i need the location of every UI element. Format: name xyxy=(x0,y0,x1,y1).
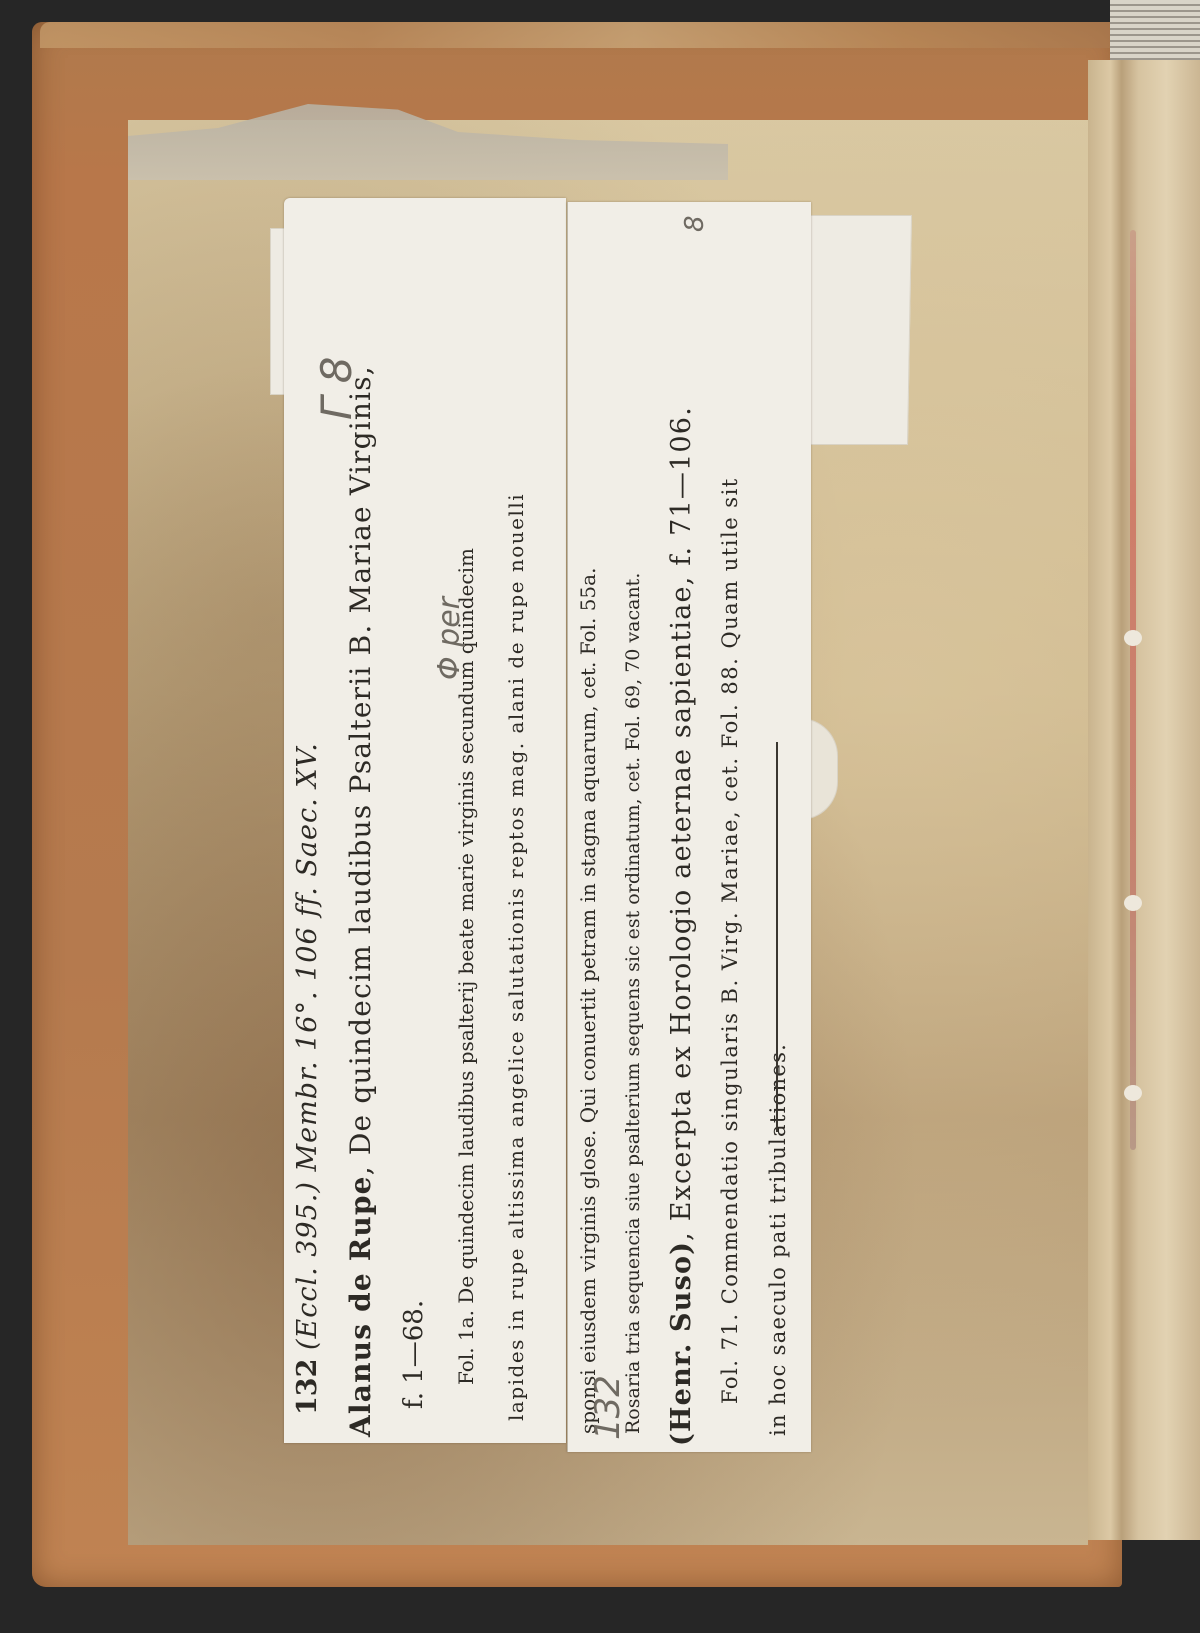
pencil-note-oper: Φ per xyxy=(432,597,467,680)
author: (Henr. Suso) xyxy=(666,1241,697,1446)
headband xyxy=(1110,0,1200,60)
pencil-correction: 8 xyxy=(680,215,710,232)
folio-range: f. 1—68. xyxy=(399,1300,429,1409)
sewing-knot xyxy=(1124,895,1142,911)
spine-gutter xyxy=(1088,60,1200,1540)
label-line-1: 132 (Eccl. 395.) Membr. 16°. 106 ff. Sae… xyxy=(292,742,323,1415)
shelfmark: 132 xyxy=(292,1359,323,1415)
label-line-4: Fol. 71. Commendatio singularis B. Virg.… xyxy=(718,477,742,1404)
sewing-thread xyxy=(1130,230,1136,1150)
sewing-knot xyxy=(1124,1085,1142,1101)
description: (Eccl. 395.) Membr. 16°. 106 ff. Saec. X… xyxy=(292,742,323,1350)
label-line-2: Rosaria tria sequencia siue psalterium s… xyxy=(622,573,644,1434)
work-title: , De quindecim laudibus Psalterii B. Mar… xyxy=(344,365,377,1175)
label-line-3: (Henr. Suso), Excerpta ex Horologio aete… xyxy=(666,406,697,1446)
label-line-1: sponsi eiusdem virginis glose. Qui conue… xyxy=(576,568,600,1434)
catalog-label-right: sponsi eiusdem virginis glose. Qui conue… xyxy=(567,202,811,1452)
printed-rule xyxy=(776,742,778,1132)
sewing-knot xyxy=(1124,630,1142,646)
cover-worn-edge xyxy=(40,22,1120,48)
author: Alanus de Rupe xyxy=(344,1175,377,1437)
pencil-note-132: 132 xyxy=(588,1375,628,1440)
pencil-note-gamma8: Γ 8 xyxy=(312,357,361,420)
blank-slip xyxy=(806,215,912,445)
label-line-2: Alanus de Rupe, De quindecim laudibus Ps… xyxy=(344,365,377,1437)
label-line-5: lapides in rupe altissima angelice salut… xyxy=(504,493,528,1421)
work-title: , Excerpta ex Horologio aeternae sapient… xyxy=(666,406,697,1241)
label-line-5: in hoc saeculo pati tribulationes. xyxy=(766,1043,790,1436)
